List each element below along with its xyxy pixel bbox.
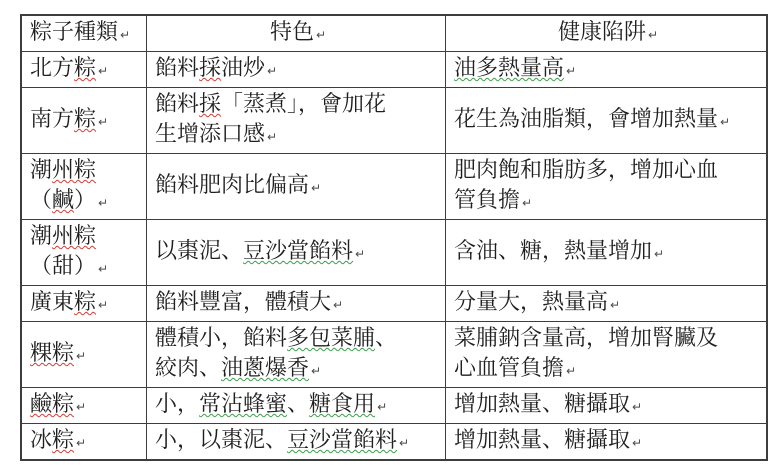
table-cell: 餡料豐富，體積大↵ [147, 286, 446, 322]
table-row: 粿粽↵體積小，餡料多包菜脯、絞肉、油蔥爆香↵菜脯鈉含量高，增加腎臟及心血管負擔↵ [21, 322, 767, 388]
cell-end-mark-icon: ↵ [76, 400, 86, 414]
spellcheck-text: 鹹 [52, 187, 74, 212]
grammarcheck-text: 豆沙當餡料 [287, 427, 397, 452]
spellcheck-text: 鹼粽 [30, 391, 74, 416]
text-line: 分量大，熱量高↵ [454, 287, 762, 320]
cell-end-mark-icon: ↵ [311, 181, 321, 195]
spellcheck-text: 州粽 [52, 223, 96, 248]
table-cell: 鹼粽↵ [21, 388, 147, 424]
text-segment: 體積小，餡料 [155, 325, 287, 350]
text-segment: 含油、糖，熱量增加 [454, 238, 652, 263]
text-line: 油多熱量高↵ [454, 53, 762, 86]
cell-end-mark-icon: ↵ [267, 130, 277, 144]
grammarcheck-text: 油多熱量高 [454, 55, 564, 80]
text-line: 餡料肥肉比偏高↵ [155, 170, 441, 203]
text-line: 南方粽↵ [30, 104, 142, 137]
text-segment: 肥肉飽和脂肪多，增加心血 [454, 157, 718, 182]
header-cell: 健康陷阱↵ [446, 15, 768, 52]
table-cell: 粿粽↵ [21, 322, 147, 388]
cell-end-mark-icon: ↵ [76, 436, 86, 450]
text-line: 餡料豐富，體積大↵ [155, 287, 441, 320]
text-line: 增加熱量、糖攝取↵ [454, 389, 762, 422]
text-segment: 「蒸煮」，會加花 [221, 91, 386, 116]
text-line: 花生為油脂類，會增加熱量↵ [454, 104, 762, 137]
text-segment: 餡料豐富，體積大 [155, 289, 331, 314]
table-cell: 含油、糖，熱量增加↵ [446, 220, 768, 286]
text-segment: 小，以棗泥、 [155, 427, 287, 452]
text-line: （鹹）↵ [30, 185, 142, 218]
grammarcheck-text: 豆沙當餡料 [243, 238, 353, 263]
table-row: 北方粽↵餡料採油炒↵油多熱量高↵ [21, 52, 767, 88]
cell-end-mark-icon: ↵ [98, 196, 108, 210]
header-cell: 特色↵ [147, 15, 446, 52]
text-segment: 花生為油脂類，會增加熱量 [454, 106, 718, 131]
spellcheck-text: 粽 [74, 55, 96, 80]
text-segment: 冰 [30, 427, 52, 452]
cell-end-mark-icon: ↵ [98, 298, 108, 312]
text-line: 特色↵ [155, 17, 441, 50]
text-line: 粽子種類↵ [30, 17, 142, 50]
cell-end-mark-icon: ↵ [632, 436, 642, 450]
text-line: 餡料採「蒸煮」，會加花 [155, 89, 441, 119]
table-row: 潮州粽（甜）↵以棗泥、豆沙當餡料↵含油、糖，熱量增加↵ [21, 220, 767, 286]
table-cell: 廣東粽↵ [21, 286, 147, 322]
zongzi-comparison-table: 粽子種類↵特色↵健康陷阱↵北方粽↵餡料採油炒↵油多熱量高↵南方粽↵餡料採「蒸煮」… [20, 14, 768, 461]
text-line: 小，常沾蜂蜜、糖食用↵ [155, 389, 441, 422]
text-segment: 、 [375, 325, 397, 350]
text-line: 絞肉、油蔥爆香↵ [155, 353, 441, 386]
text-segment: 北方 [30, 55, 74, 80]
cell-end-mark-icon: ↵ [98, 262, 108, 276]
cell-end-mark-icon: ↵ [98, 115, 108, 129]
text-line: 鹼粽↵ [30, 389, 142, 422]
text-line: 肥肉飽和脂肪多，增加心血 [454, 155, 762, 185]
table-row: 潮州粽（鹹）↵餡料肥肉比偏高↵肥肉飽和脂肪多，增加心血管負擔↵ [21, 154, 767, 220]
table-cell: 分量大，熱量高↵ [446, 286, 768, 322]
text-segment: 健康陷阱 [558, 19, 646, 44]
spellcheck-text: 州粽 [52, 157, 96, 182]
grammarcheck-text: 糖食用 [309, 391, 375, 416]
text-segment: 以棗泥、 [155, 238, 243, 263]
text-segment: 餡料肥肉比偏高 [155, 172, 309, 197]
cell-end-mark-icon: ↵ [333, 298, 343, 312]
text-line: 健康陷阱↵ [454, 17, 762, 50]
text-line: 北方粽↵ [30, 53, 142, 86]
table-cell: 南方粽↵ [21, 88, 147, 154]
text-segment: （甜） [30, 253, 96, 278]
spellcheck-text: 採 [199, 91, 221, 116]
cell-end-mark-icon: ↵ [720, 115, 730, 129]
table-cell: 小，常沾蜂蜜、糖食用↵ [147, 388, 446, 424]
cell-end-mark-icon: ↵ [316, 28, 326, 42]
table-cell: 小，以棗泥、豆沙當餡料↵ [147, 424, 446, 461]
text-segment: 潮 [30, 223, 52, 248]
spellcheck-text: 粽 [74, 106, 96, 131]
cell-end-mark-icon: ↵ [98, 64, 108, 78]
text-line: 餡料採油炒↵ [155, 53, 441, 86]
text-segment: 絞肉、 [155, 355, 221, 380]
text-segment: 廣東 [30, 289, 74, 314]
cell-end-mark-icon: ↵ [566, 364, 576, 378]
table-row: 廣東粽↵餡料豐富，體積大↵分量大，熱量高↵ [21, 286, 767, 322]
grammarcheck-text: 油蔥爆香 [221, 355, 309, 380]
text-segment: 油炒 [221, 55, 265, 80]
text-line: 小，以棗泥、豆沙當餡料↵ [155, 425, 441, 458]
text-segment: 生增添口感 [155, 121, 265, 146]
text-line: 以棗泥、豆沙當餡料↵ [155, 236, 441, 269]
text-segment: 特色 [270, 19, 314, 44]
text-line: 潮州粽 [30, 221, 142, 251]
cell-end-mark-icon: ↵ [267, 64, 277, 78]
text-segment: 管負擔 [454, 187, 520, 212]
cell-end-mark-icon: ↵ [377, 400, 387, 414]
table-row: 冰粽↵小，以棗泥、豆沙當餡料↵增加熱量、糖攝取↵ [21, 424, 767, 461]
text-segment: 潮 [30, 157, 52, 182]
text-line: 潮州粽 [30, 155, 142, 185]
text-line: 冰粽↵ [30, 425, 142, 458]
table-cell: 餡料肥肉比偏高↵ [147, 154, 446, 220]
text-segment: 南方 [30, 106, 74, 131]
text-segment: 菜脯鈉含量高，增加腎臟及 [454, 325, 718, 350]
header-cell: 粽子種類↵ [21, 15, 147, 52]
cell-end-mark-icon: ↵ [76, 349, 86, 363]
cell-end-mark-icon: ↵ [399, 436, 409, 450]
table-cell: 肥肉飽和脂肪多，增加心血管負擔↵ [446, 154, 768, 220]
cell-end-mark-icon: ↵ [632, 400, 642, 414]
text-line: （甜）↵ [30, 251, 142, 284]
text-segment: 小， [155, 391, 199, 416]
cell-end-mark-icon: ↵ [566, 64, 576, 78]
spellcheck-text: 粿粽 [30, 340, 74, 365]
table-cell: 餡料採「蒸煮」，會加花生增添口感↵ [147, 88, 446, 154]
table-row: 南方粽↵餡料採「蒸煮」，會加花生增添口感↵花生為油脂類，會增加熱量↵ [21, 88, 767, 154]
table-cell: 以棗泥、豆沙當餡料↵ [147, 220, 446, 286]
text-line: 生增添口感↵ [155, 119, 441, 152]
table-cell: 花生為油脂類，會增加熱量↵ [446, 88, 768, 154]
cell-end-mark-icon: ↵ [120, 28, 130, 42]
table-cell: 油多熱量高↵ [446, 52, 768, 88]
text-segment: 增加熱量、糖攝取 [454, 391, 630, 416]
text-line: 含油、糖，熱量增加↵ [454, 236, 762, 269]
text-line: 增加熱量、糖攝取↵ [454, 425, 762, 458]
document-page: 粽子種類↵特色↵健康陷阱↵北方粽↵餡料採油炒↵油多熱量高↵南方粽↵餡料採「蒸煮」… [0, 0, 768, 465]
cell-end-mark-icon: ↵ [522, 196, 532, 210]
text-segment: 、 [287, 391, 309, 416]
text-segment: 增加熱量、糖攝取 [454, 427, 630, 452]
grammarcheck-text: 多包菜脯 [287, 325, 375, 350]
cell-end-mark-icon: ↵ [648, 28, 658, 42]
cell-end-mark-icon: ↵ [311, 364, 321, 378]
text-segment: ） [74, 187, 96, 212]
text-segment: 粽子種類 [30, 19, 118, 44]
text-segment: 心血管負擔 [454, 355, 564, 380]
cell-end-mark-icon: ↵ [355, 247, 365, 261]
text-segment: 餡料 [155, 91, 199, 116]
text-segment: 分量大，熱量高 [454, 289, 608, 314]
text-line: 體積小，餡料多包菜脯、 [155, 323, 441, 353]
text-line: 心血管負擔↵ [454, 353, 762, 386]
text-line: 廣東粽↵ [30, 287, 142, 320]
table-cell: 冰粽↵ [21, 424, 147, 461]
text-line: 粿粽↵ [30, 338, 142, 371]
table-cell: 北方粽↵ [21, 52, 147, 88]
table-cell: 體積小，餡料多包菜脯、絞肉、油蔥爆香↵ [147, 322, 446, 388]
cell-end-mark-icon: ↵ [654, 247, 664, 261]
text-segment: 餡料 [155, 55, 199, 80]
table-cell: 菜脯鈉含量高，增加腎臟及心血管負擔↵ [446, 322, 768, 388]
table-cell: 潮州粽（甜）↵ [21, 220, 147, 286]
cell-end-mark-icon: ↵ [610, 298, 620, 312]
text-line: 菜脯鈉含量高，增加腎臟及 [454, 323, 762, 353]
spellcheck-text: 粽 [52, 427, 74, 452]
header-row: 粽子種類↵特色↵健康陷阱↵ [21, 15, 767, 52]
table-cell: 潮州粽（鹹）↵ [21, 154, 147, 220]
text-segment: （ [30, 187, 52, 212]
spellcheck-text: 採 [199, 55, 221, 80]
grammarcheck-text: 常沾蜂蜜 [199, 391, 287, 416]
table-row: 鹼粽↵小，常沾蜂蜜、糖食用↵增加熱量、糖攝取↵ [21, 388, 767, 424]
table-cell: 增加熱量、糖攝取↵ [446, 388, 768, 424]
spellcheck-text: 粽 [74, 289, 96, 314]
table-cell: 餡料採油炒↵ [147, 52, 446, 88]
text-line: 管負擔↵ [454, 185, 762, 218]
table-cell: 增加熱量、糖攝取↵ [446, 424, 768, 461]
